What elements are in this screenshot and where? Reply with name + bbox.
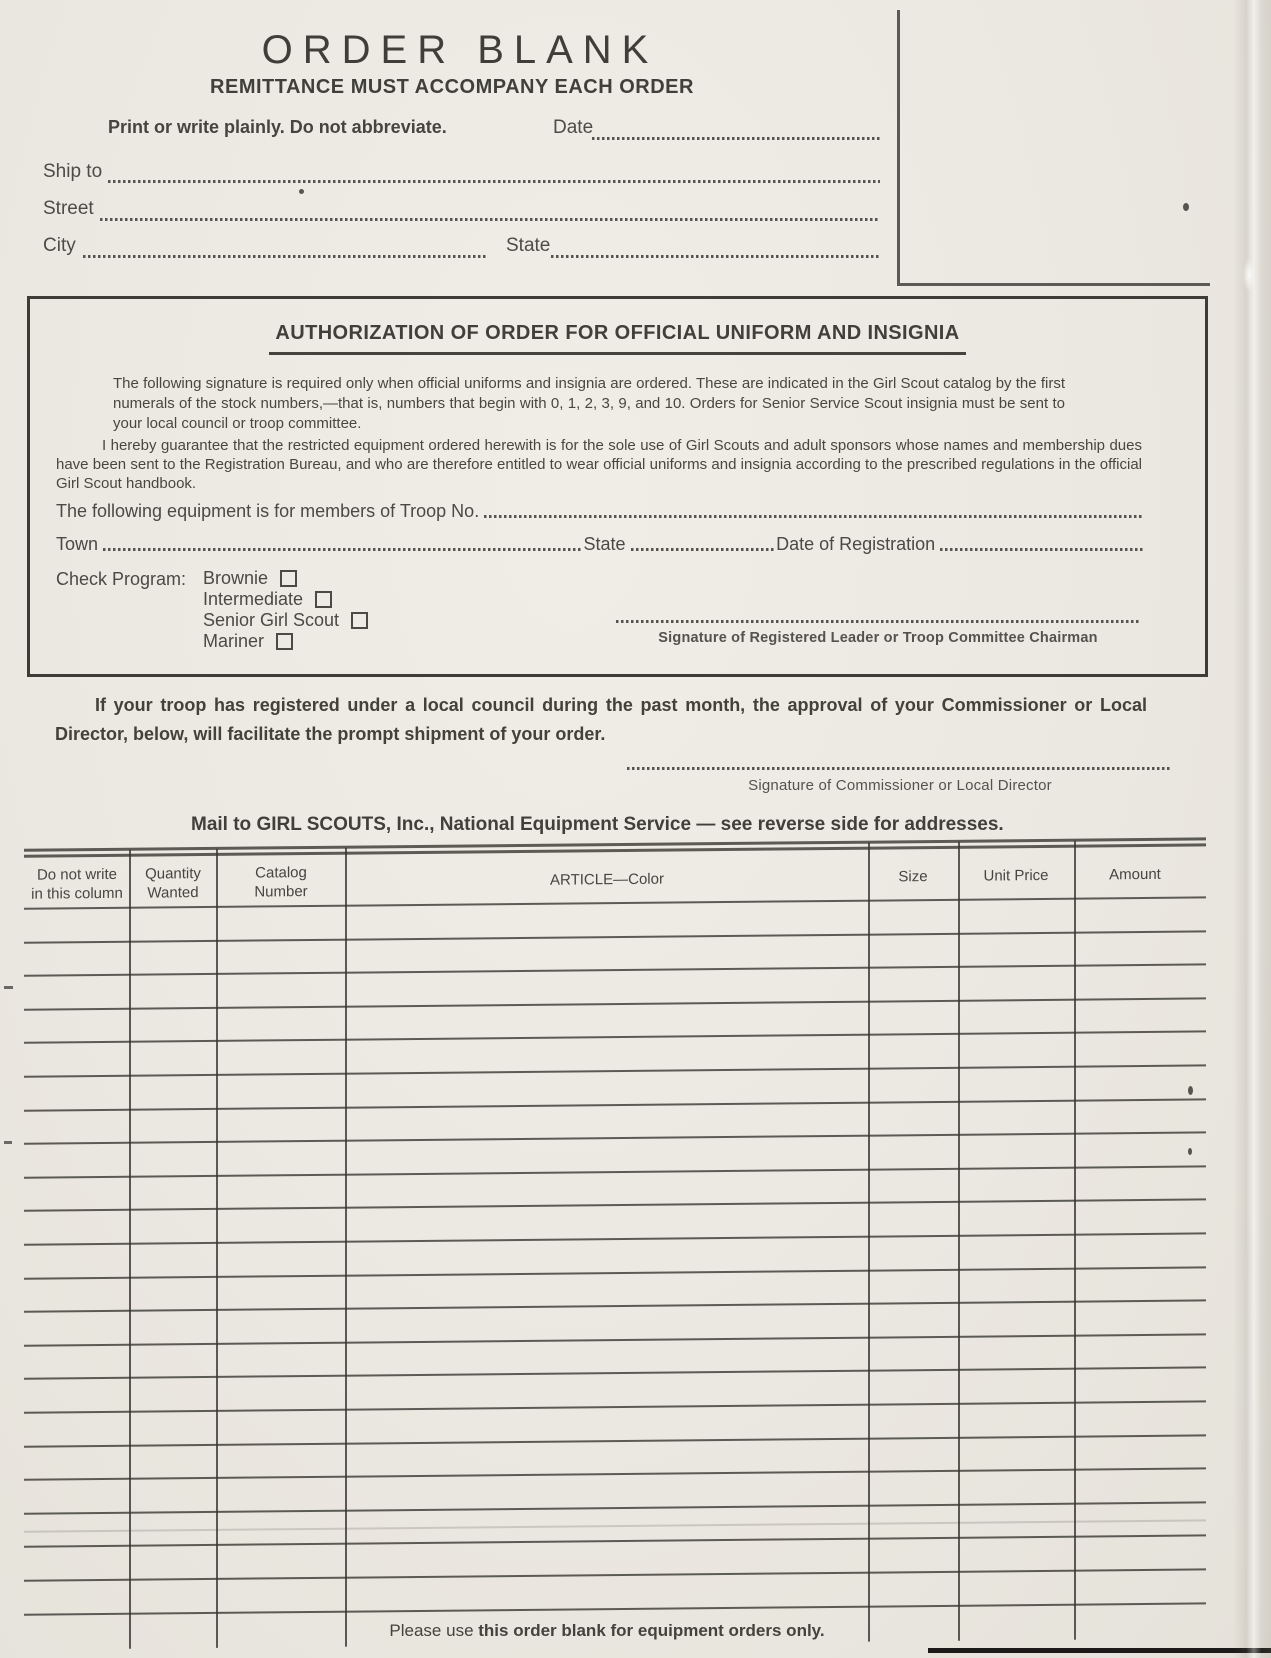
table-row-line xyxy=(24,1198,1206,1211)
table-row-line xyxy=(24,1501,1206,1514)
table-row-line xyxy=(24,1333,1206,1346)
footer-note-bold: this order blank for equipment orders on… xyxy=(478,1621,824,1640)
table-row-line xyxy=(24,930,1206,943)
scan-speck-3 xyxy=(1188,1148,1192,1155)
table-row-line xyxy=(24,1602,1206,1615)
table-row-line xyxy=(24,1064,1206,1077)
faded-row-line xyxy=(24,1519,1206,1532)
table-row-line xyxy=(24,1232,1206,1245)
paper-crease xyxy=(1233,0,1271,1658)
table-row-line xyxy=(24,1299,1206,1312)
table-row-line xyxy=(24,963,1206,976)
table-row-line xyxy=(24,997,1206,1010)
table-row-line xyxy=(24,1030,1206,1043)
scan-speck-2 xyxy=(1188,1086,1193,1095)
table-header-bottom-rule xyxy=(24,896,1206,909)
table-row-line xyxy=(24,1131,1206,1144)
page-bottom-edge xyxy=(928,1648,1271,1653)
scan-speck-left-2 xyxy=(4,1141,12,1144)
col-header-quantity: QuantityWanted xyxy=(145,864,201,903)
paper-fold-highlight xyxy=(1243,258,1255,292)
col-header-size: Size xyxy=(898,867,927,886)
scan-speck-1 xyxy=(1183,203,1189,211)
table-row-line xyxy=(24,1400,1206,1413)
footer-note-normal: Please use xyxy=(389,1621,478,1640)
table-row-line xyxy=(24,1098,1206,1111)
table-row-line xyxy=(24,1266,1206,1279)
footer-note: Please use this order blank for equipmen… xyxy=(389,1621,824,1641)
table-row-line xyxy=(24,1165,1206,1178)
col-header-unit-price: Unit Price xyxy=(983,866,1048,886)
col-header-do-not-write: Do not writein this column xyxy=(31,865,123,904)
order-blank-page: ORDER BLANK REMITTANCE MUST ACCOMPANY EA… xyxy=(0,0,1271,1658)
col-header-catalog: CatalogNumber xyxy=(254,863,307,902)
col-header-amount: Amount xyxy=(1109,865,1161,884)
table-row-line xyxy=(24,1467,1206,1480)
table-row-line xyxy=(24,1434,1206,1447)
table-row-line xyxy=(24,1534,1206,1547)
table-row-line xyxy=(24,1366,1206,1379)
table-row-line xyxy=(24,1568,1206,1581)
col-header-article-color: ARTICLE—Color xyxy=(550,870,664,890)
order-table: Do not writein this column QuantityWante… xyxy=(0,0,1271,1658)
scan-speck-left-1 xyxy=(4,986,13,989)
